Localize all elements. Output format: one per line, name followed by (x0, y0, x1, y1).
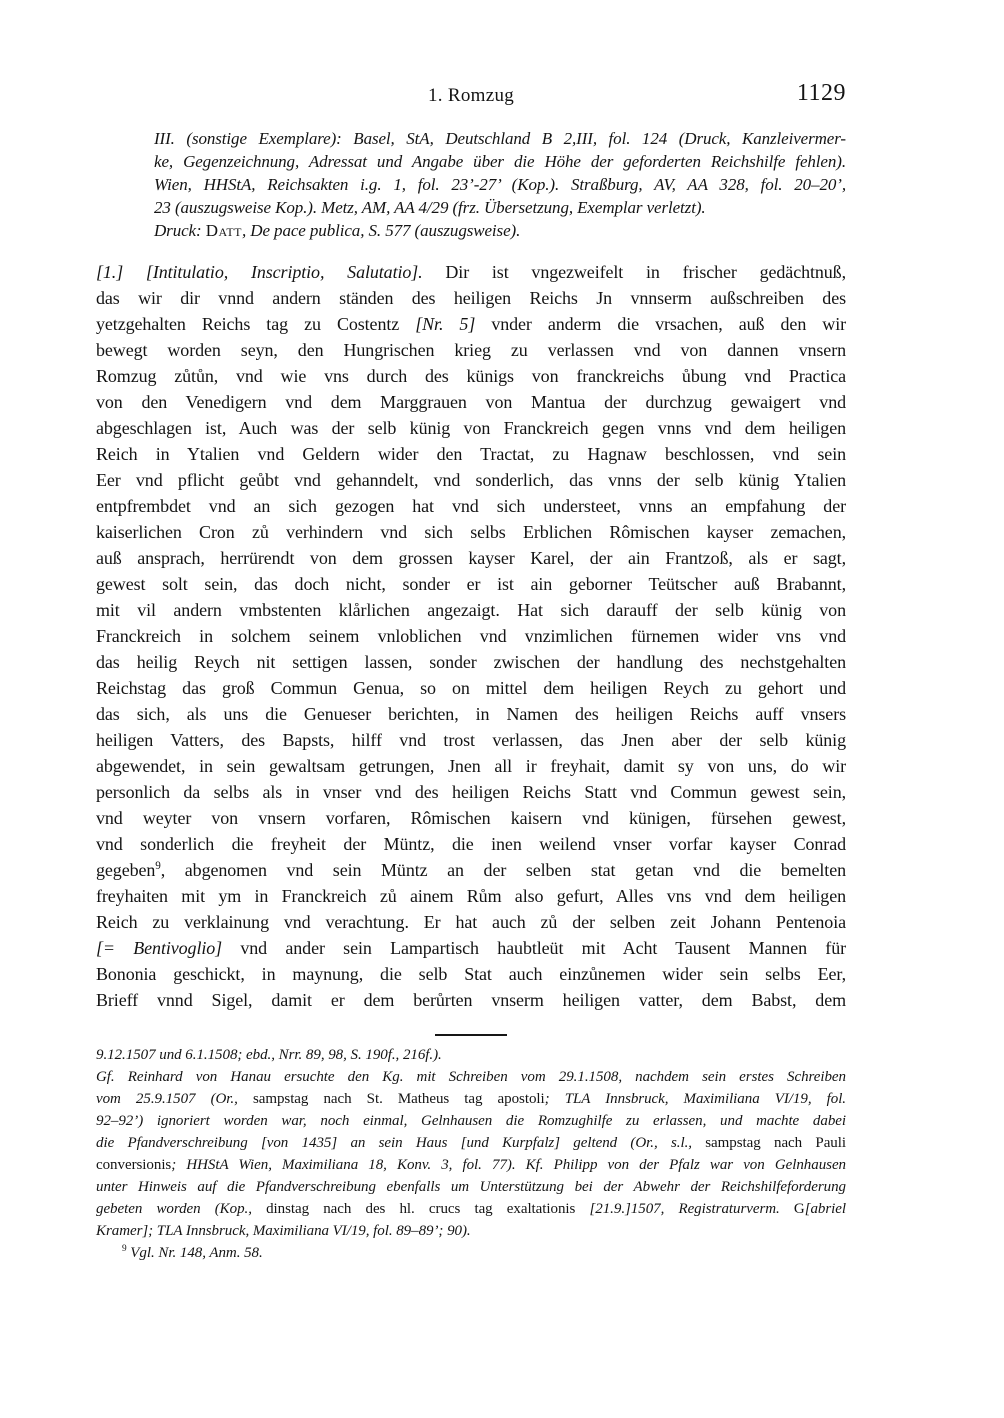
text-segment: vnd ander sein Lampartisch haubtleüt mit… (222, 938, 846, 958)
footnote-line: conversionis; HHStA Wien, Maximiliana 18… (96, 1154, 846, 1176)
text-segment: Reichstag das groß Commun Genua, so on m… (96, 678, 846, 698)
text-segment: kaiserlichen Cron zů verhindern vnd sich… (96, 522, 846, 542)
text-segment: Reich in Ytalien vnd Geldern wider den T… (96, 444, 846, 464)
text-segment: 9.12.1507 und 6.1.1508; ebd., Nrr. 89, 9… (96, 1047, 442, 1063)
text-segment: personlich da selbs als in vnser vnd des… (96, 782, 846, 802)
text-segment: G (794, 1201, 805, 1217)
text-segment: bewegt worden seyn, den Hungrischen krie… (96, 340, 846, 360)
main-text-line: abgeschlagen ist, Auch was der selb küni… (96, 415, 846, 441)
footnote-line: die Pfandverschreibung [von 1435] an sei… (96, 1132, 846, 1154)
text-segment: vnd sonderlich die freyheit der Müntz, d… (96, 834, 846, 854)
main-text-line: das wir dir vnnd andern ständen des heil… (96, 285, 846, 311)
footnote-line: Kramer]; TLA Innsbruck, Maximiliana VI/1… (96, 1220, 846, 1242)
main-text-line: Reichstag das groß Commun Genua, so on m… (96, 675, 846, 701)
footnote-line: 9.12.1507 und 6.1.1508; ebd., Nrr. 89, 9… (96, 1044, 846, 1066)
main-text-line: bewegt worden seyn, den Hungrischen krie… (96, 337, 846, 363)
main-text-line: von den Venedigern vnd dem Marggrauen vo… (96, 389, 846, 415)
text-segment: abgeschlagen ist, Auch was der selb küni… (96, 418, 846, 438)
running-header: 1. Romzug (96, 84, 846, 108)
text-segment: das sich, als uns die Genueser berichten… (96, 704, 846, 724)
page-header: 1. Romzug 1129 (96, 84, 846, 108)
text-segment: ; HHStA Wien, Maximiliana 18, Konv. 3, f… (171, 1157, 846, 1173)
book-page: 1. Romzug 1129 III. (sonstige Exemplare)… (0, 0, 1004, 1418)
footnote-line: unter Hinweis auf die Pfandverschreibung… (96, 1176, 846, 1198)
text-segment: [21.9.]1507, Registraturverm. (589, 1201, 793, 1217)
footnote-line: gebeten worden (Kop., dinstag nach des h… (96, 1198, 846, 1220)
main-text-line: vnd weyter von vnsern vorfaren, Rômische… (96, 805, 846, 831)
source-note: III. (sonstige Exemplare): Basel, StA, D… (154, 127, 846, 242)
main-text-line: Reich zu verklainung vnd verachtung. Er … (96, 909, 846, 935)
text-segment: gebeten worden (Kop., (96, 1201, 266, 1217)
text-segment: vom 25.9.1507 (Or., (96, 1091, 253, 1107)
main-text-line: auß ansprach, herrürendt von dem grossen… (96, 545, 846, 571)
text-segment: Kramer]; TLA Innsbruck, Maximiliana VI/1… (96, 1223, 471, 1239)
source-note-line: ke, Gegenzeichnung, Adressat und Angabe … (154, 150, 846, 173)
footnote-line: Gf. Reinhard von Hanau ersuchte den Kg. … (96, 1066, 846, 1088)
main-text-line: das heilig Reych nit settigen lassen, so… (96, 649, 846, 675)
text-segment: Gf. Reinhard von Hanau ersuchte den Kg. … (96, 1069, 846, 1085)
text-segment: das wir dir vnnd andern ständen des heil… (96, 288, 846, 308)
source-note-line: 23 (auszugsweise Kop.). Metz, AM, AA 4/2… (154, 196, 846, 219)
text-segment: Brieff vnnd Sigel, damit er dem berůrten… (96, 990, 846, 1010)
source-note-line: Druck: Datt, De pace publica, S. 577 (au… (154, 219, 846, 242)
main-text-line: Romzug zůtůn, vnd wie vns durch des küni… (96, 363, 846, 389)
text-segment: , De pace publica, S. 577 (auszugsweise)… (242, 221, 520, 240)
main-text-line: entpfrembdet vnd an sich gezogen hat vnd… (96, 493, 846, 519)
main-text-line: vnd sonderlich die freyheit der Müntz, d… (96, 831, 846, 857)
source-note-line: III. (sonstige Exemplare): Basel, StA, D… (154, 127, 846, 150)
text-segment: unter Hinweis auf die Pfandverschreibung… (96, 1179, 846, 1195)
text-segment: Druck: (154, 221, 206, 240)
main-text-line: heiligen Vatters, des Bapsts, hilff vnd … (96, 727, 846, 753)
main-text-line: freyhaiten mit ym in Franckreich zů aine… (96, 883, 846, 909)
text-segment: entpfrembdet vnd an sich gezogen hat vnd… (96, 496, 846, 516)
footnote-line: 92–92’) ignoriert worden war, noch einma… (96, 1110, 846, 1132)
text-segment: yetzgehalten Reichs tag zu Costentz (96, 314, 415, 334)
text-segment: von den Venedigern vnd dem Marggrauen vo… (96, 392, 846, 412)
text-segment: auß ansprach, herrürendt von dem grossen… (96, 548, 846, 568)
text-segment: vnd weyter von vnsern vorfaren, Rômische… (96, 808, 846, 828)
text-segment: Datt (206, 221, 242, 240)
main-text-line: [1.] [Intitulatio, Inscriptio, Salutatio… (96, 259, 846, 285)
text-segment: mit vil andern vmbstenten klårlichen ang… (96, 600, 846, 620)
page-number: 1129 (797, 81, 846, 105)
text-segment: Reich zu verklainung vnd verachtung. Er … (96, 912, 846, 932)
text-segment: Dir ist vngezweifelt in frischer gedächt… (423, 262, 846, 282)
text-segment: Bononia geschickt, in maynung, die selb … (96, 964, 846, 984)
text-segment: 92–92’) ignoriert worden war, noch einma… (96, 1113, 846, 1129)
text-segment: [abriel (805, 1201, 846, 1217)
text-block: 1. Romzug 1129 III. (sonstige Exemplare)… (96, 84, 846, 1264)
footnote-line: 9 Vgl. Nr. 148, Anm. 58. (96, 1242, 846, 1264)
main-text-line: kaiserlichen Cron zů verhindern vnd sich… (96, 519, 846, 545)
main-text-line: Reich in Ytalien vnd Geldern wider den T… (96, 441, 846, 467)
main-text-line: [= Bentivoglio] vnd ander sein Lampartis… (96, 935, 846, 961)
main-text-line: gewest solt sein, das doch nicht, sonder… (96, 571, 846, 597)
main-text-line: Brieff vnnd Sigel, damit er dem berůrten… (96, 987, 846, 1013)
text-segment: III. (sonstige Exemplare): Basel, StA, D… (154, 129, 846, 148)
footnote-line: vom 25.9.1507 (Or., sampstag nach St. Ma… (96, 1088, 846, 1110)
main-text-line: abgewendet, in sein gewaltsam getrungen,… (96, 753, 846, 779)
text-segment: Franckreich in solchem seinem vnlobliche… (96, 626, 846, 646)
main-text: [1.] [Intitulatio, Inscriptio, Salutatio… (96, 259, 846, 1013)
text-segment: Eer vnd pflicht geůbt vnd gehanndelt, vn… (96, 470, 846, 490)
text-segment: , abgenomen vnd sein Müntz an der selben… (161, 860, 846, 880)
text-segment: ke, Gegenzeichnung, Adressat und Angabe … (154, 152, 846, 171)
footnote-separator (435, 1034, 507, 1036)
text-segment: [1.] [Intitulatio, Inscriptio, Salutatio… (96, 262, 423, 282)
main-text-line: personlich da selbs als in vnser vnd des… (96, 779, 846, 805)
text-segment: dinstag nach des hl. crucs tag exaltatio… (266, 1201, 589, 1217)
text-segment: [= Bentivoglio] (96, 938, 222, 958)
text-segment: das heilig Reych nit settigen lassen, so… (96, 652, 846, 672)
main-text-line: gegeben9, abgenomen vnd sein Müntz an de… (96, 857, 846, 883)
text-segment: ; TLA Innsbruck, Maximiliana VI/19, fol. (545, 1091, 846, 1107)
main-text-line: Bononia geschickt, in maynung, die selb … (96, 961, 846, 987)
footnotes: 9.12.1507 und 6.1.1508; ebd., Nrr. 89, 9… (96, 1044, 846, 1264)
text-segment: freyhaiten mit ym in Franckreich zů aine… (96, 886, 846, 906)
source-note-line: Wien, HHStA, Reichsakten i.g. 1, fol. 23… (154, 173, 846, 196)
main-text-line: Franckreich in solchem seinem vnlobliche… (96, 623, 846, 649)
text-segment: abgewendet, in sein gewaltsam getrungen,… (96, 756, 846, 776)
text-segment: sampstag nach Pauli (705, 1135, 846, 1151)
main-text-line: das sich, als uns die Genueser berichten… (96, 701, 846, 727)
text-segment: Wien, HHStA, Reichsakten i.g. 1, fol. 23… (154, 175, 846, 194)
text-segment: sampstag nach St. Matheus tag apostoli (253, 1091, 545, 1107)
text-segment: gewest solt sein, das doch nicht, sonder… (96, 574, 846, 594)
text-segment: heiligen Vatters, des Bapsts, hilff vnd … (96, 730, 846, 750)
text-segment: 23 (auszugsweise Kop.). Metz, AM, AA 4/2… (154, 198, 706, 217)
text-segment: gegeben (96, 860, 155, 880)
text-segment: vnder anderm die vrsachen, auß den wir (475, 314, 846, 334)
text-segment: die Pfandverschreibung [von 1435] an sei… (96, 1135, 705, 1151)
main-text-line: mit vil andern vmbstenten klårlichen ang… (96, 597, 846, 623)
main-text-line: yetzgehalten Reichs tag zu Costentz [Nr.… (96, 311, 846, 337)
main-text-line: Eer vnd pflicht geůbt vnd gehanndelt, vn… (96, 467, 846, 493)
text-segment: Vgl. Nr. 148, Anm. 58. (127, 1245, 263, 1261)
text-segment: Romzug zůtůn, vnd wie vns durch des küni… (96, 366, 846, 386)
text-segment: [Nr. 5] (415, 314, 475, 334)
text-segment: conversionis (96, 1157, 171, 1173)
